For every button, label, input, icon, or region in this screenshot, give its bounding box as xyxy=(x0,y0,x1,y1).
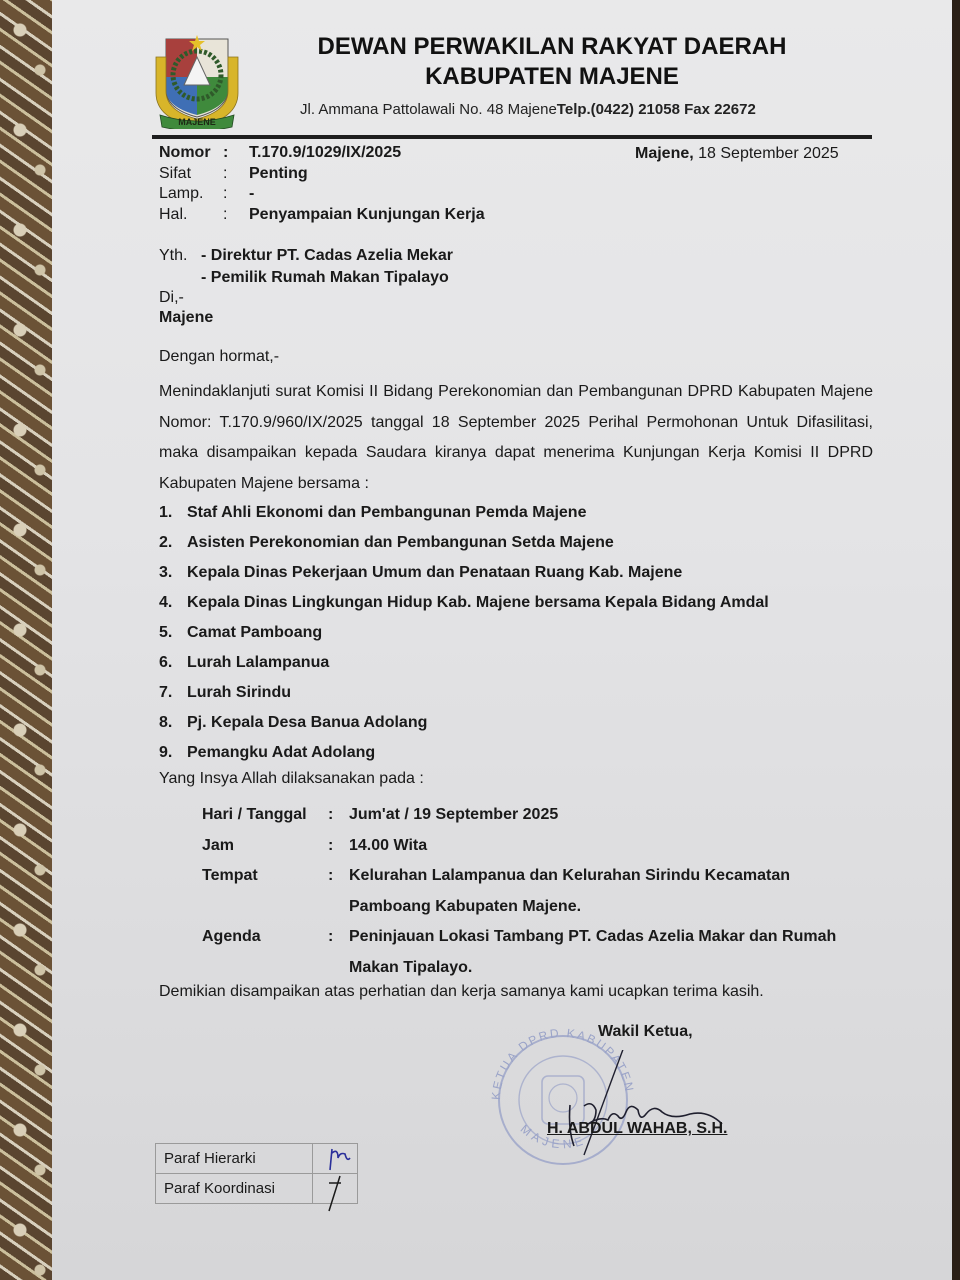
schedule-row-place: Tempat:Kelurahan Lalampanua dan Keluraha… xyxy=(202,861,839,922)
body-paragraph: Menindaklanjuti surat Komisi II Bidang P… xyxy=(159,377,873,499)
contact-text: Telp.(0422) 21058 Fax 22672 xyxy=(557,101,756,118)
participant-list: 1.Staf Ahli Ekonomi dan Pembangunan Pemd… xyxy=(159,498,769,768)
letterhead-title: DEWAN PERWAKILAN RAKYAT DAERAH KABUPATEN… xyxy=(232,32,872,92)
letterhead-address: Jl. Ammana Pattolawali No. 48 MajeneTelp… xyxy=(300,101,756,118)
paraf-table: Paraf Hierarki Paraf Koordinasi xyxy=(155,1143,358,1204)
salutation: Dengan hormat,- xyxy=(159,348,279,366)
address-text: Jl. Ammana Pattolawali No. 48 Majene xyxy=(300,101,557,118)
org-name-line2: KABUPATEN MAJENE xyxy=(232,62,872,92)
schedule-row-agenda: Agenda:Peninjauan Lokasi Tambang PT. Cad… xyxy=(202,922,839,983)
paraf-initial-cell xyxy=(313,1144,358,1174)
meta-row-hal: Hal.:Penyampaian Kunjungan Kerja xyxy=(159,205,485,226)
list-item: 1.Staf Ahli Ekonomi dan Pembangunan Pemd… xyxy=(159,498,769,528)
list-item: 2.Asisten Perekonomian dan Pembangunan S… xyxy=(159,528,769,558)
meta-row-sifat: Sifat:Penting xyxy=(159,164,485,185)
list-item: 5.Camat Pamboang xyxy=(159,618,769,648)
tablecloth-background xyxy=(0,0,60,1280)
svg-text:MAJENE: MAJENE xyxy=(178,117,216,127)
regency-coat-of-arms-icon: MAJENE xyxy=(152,27,242,129)
letter-page: MAJENE DEWAN PERWAKILAN RAKYAT DAERAH KA… xyxy=(52,0,952,1280)
recipient-line: - Pemilik Rumah Makan Tipalayo xyxy=(159,267,453,289)
schedule-row-date: Hari / Tanggal:Jum'at / 19 September 202… xyxy=(202,800,839,831)
signatory-name: H. ABDUL WAHAB, S.H. xyxy=(547,1120,727,1138)
list-item: 4.Kepala Dinas Lingkungan Hidup Kab. Maj… xyxy=(159,588,769,618)
list-item: 8.Pj. Kepala Desa Banua Adolang xyxy=(159,708,769,738)
org-name-line1: DEWAN PERWAKILAN RAKYAT DAERAH xyxy=(232,32,872,62)
initial-mark-icon xyxy=(313,1144,357,1173)
recipient-location: Di,- Majene xyxy=(159,288,213,328)
recipient-line: Yth.- Direktur PT. Cadas Azelia Mekar xyxy=(159,245,453,267)
signatory-title: Wakil Ketua, xyxy=(598,1023,693,1041)
list-item: 6.Lurah Lalampanua xyxy=(159,648,769,678)
letterhead-divider xyxy=(152,135,872,139)
paraf-label: Paraf Koordinasi xyxy=(156,1174,313,1204)
paraf-label: Paraf Hierarki xyxy=(156,1144,313,1174)
list-item: 3.Kepala Dinas Pekerjaan Umum dan Penata… xyxy=(159,558,769,588)
letter-date: Majene, 18 September 2025 xyxy=(635,145,839,163)
paraf-row-koordinasi: Paraf Koordinasi xyxy=(156,1174,358,1204)
closing-text: Demikian disampaikan atas perhatian dan … xyxy=(159,983,764,1001)
paraf-initial-cell xyxy=(313,1174,358,1204)
schedule-row-time: Jam:14.00 Wita xyxy=(202,831,839,862)
recipient-block: Yth.- Direktur PT. Cadas Azelia Mekar - … xyxy=(159,245,453,289)
list-item: 7.Lurah Sirindu xyxy=(159,678,769,708)
list-item: 9.Pemangku Adat Adolang xyxy=(159,738,769,768)
table-edge-background xyxy=(952,0,960,1280)
handwritten-signature-icon xyxy=(522,1050,732,1160)
execution-intro: Yang Insya Allah dilaksanakan pada : xyxy=(159,770,424,788)
schedule-table: Hari / Tanggal:Jum'at / 19 September 202… xyxy=(202,800,839,983)
letter-meta: Nomor:T.170.9/1029/IX/2025 Sifat:Penting… xyxy=(159,143,485,225)
paraf-row-hierarki: Paraf Hierarki xyxy=(156,1144,358,1174)
meta-row-lamp: Lamp.:- xyxy=(159,184,485,205)
meta-row-nomor: Nomor:T.170.9/1029/IX/2025 xyxy=(159,143,485,164)
initial-mark-icon xyxy=(313,1174,357,1214)
